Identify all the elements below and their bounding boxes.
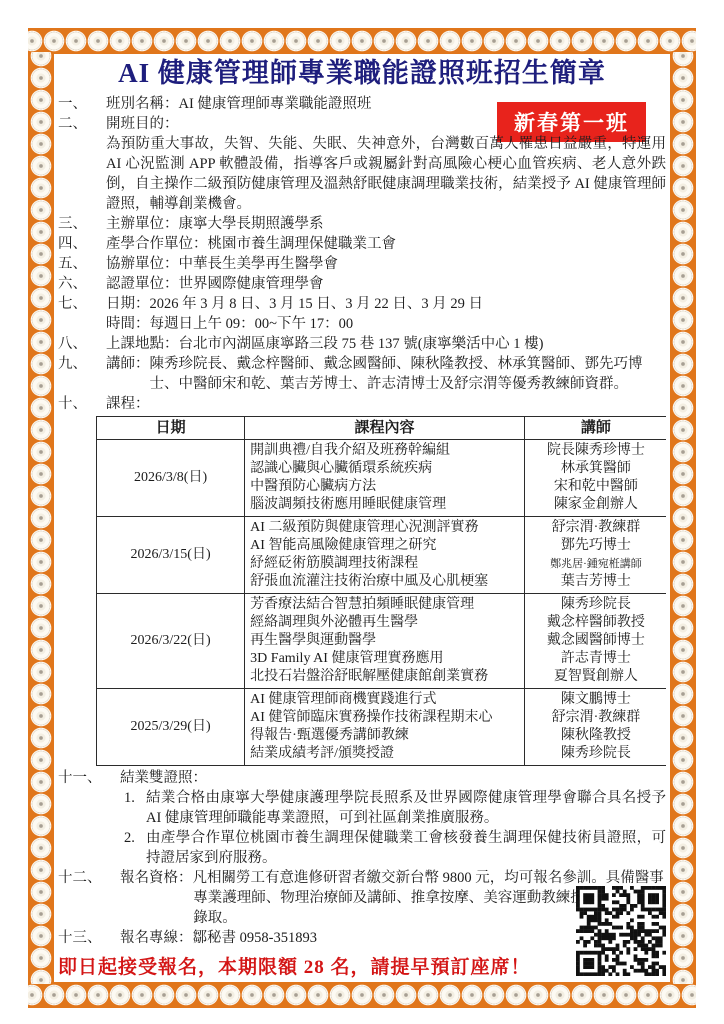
point-marker: 1. [124, 788, 146, 828]
course-row: 2026/3/8(日) 開訓典禮/自我介紹及班務幹編組認識心臟與心臟循環系統疾病… [97, 440, 667, 517]
course-row: 2025/3/29(日) AI 健康管理師商機實踐進行式AI 健管師臨床實務操作… [97, 689, 667, 766]
item-number: 十三、 [58, 928, 120, 948]
course-content: 芳香療法結合智慧拍頻睡眠健康管理經絡調理與外泌體再生醫學再生醫學與運動醫學3D … [245, 594, 525, 689]
item-text: 上課地點：台北市內湖區康寧路三段 75 巷 137 號(康寧樂活中心 1 樓) [106, 334, 666, 354]
item-text: 認證單位：世界國際健康管理學會 [106, 274, 666, 294]
course-date: 2025/3/29(日) [97, 689, 245, 766]
item-number: 二、 [58, 114, 106, 134]
purpose-paragraph: 為預防重大事故，失智、失能、失眠、失神意外，台灣數百萬人罹患日益嚴重，特運用 A… [106, 134, 666, 214]
item-number: 四、 [58, 234, 106, 254]
item-number: 十一、 [58, 768, 120, 788]
item-text: 協辦單位：中華長生美學再生醫學會 [106, 254, 666, 274]
flyer-content: AI 健康管理師專業職能證照班招生簡章 一、 班別名稱：AI 健康管理師專業職能… [58, 56, 666, 980]
course-teachers: 陳秀珍院長戴念梓醫師教授戴念國醫師博士許志青博士夏智賢創辦人 [524, 594, 666, 689]
course-row: 2026/3/22(日) 芳香療法結合智慧拍頻睡眠健康管理經絡調理與外泌體再生醫… [97, 594, 667, 689]
item-text: 結業雙證照： [120, 768, 666, 788]
item-number: 八、 [58, 334, 106, 354]
item-time: 時間：每週日上午 09：00~下午 17：00 [58, 314, 666, 334]
course-teachers: 院長陳秀珍博士林承箕醫師宋和乾中醫師陳家金創辦人 [524, 440, 666, 517]
certificate-point-1: 1. 結業合格由康寧大學健康護理學院長照系及世界國際健康管理學會聯合具名授予 A… [124, 788, 666, 828]
flower-border-right [670, 52, 696, 984]
item-number: 五、 [58, 254, 106, 274]
certificate-point-2: 2. 由產學合作單位桃園市養生調理保健職業工會核發養生調理保健技術員證照，可持證… [124, 828, 666, 868]
point-text: 結業合格由康寧大學健康護理學院長照系及世界國際健康管理學會聯合具名授予 AI 健… [146, 788, 666, 828]
flower-border-left [28, 52, 54, 984]
item-certifier: 六、 認證單位：世界國際健康管理學會 [58, 274, 666, 294]
item-dual-certificates-heading: 十一、 結業雙證照： [58, 768, 666, 788]
item-industry-partner: 四、 產學合作單位：桃園市養生調理保健職業工會 [58, 234, 666, 254]
item-class-name: 一、 班別名稱：AI 健康管理師專業職能證照班 [58, 94, 666, 114]
item-co-organizer: 五、 協辦單位：中華長生美學再生醫學會 [58, 254, 666, 274]
item-dates: 七、 日期：2026 年 3 月 8 日、3 月 15 日、3 月 22 日、3… [58, 294, 666, 314]
flower-border-bottom [28, 982, 696, 1008]
registration-cta-text: 即日起接受報名，本期限額 28 名，請提早預訂座席！ [58, 954, 666, 980]
col-header-date: 日期 [97, 417, 245, 440]
item-registration-hotline: 十三、 報名專線：鄒秘書 0958-351893 [58, 928, 666, 948]
item-text: 日期：2026 年 3 月 8 日、3 月 15 日、3 月 22 日、3 月 … [106, 294, 666, 314]
course-date: 2026/3/15(日) [97, 517, 245, 594]
course-teachers: 陳文鵬博士舒宗渭·教練群陳秋隆教授陳秀珍院長 [524, 689, 666, 766]
page-title: AI 健康管理師專業職能證照班招生簡章 [58, 56, 666, 90]
item-text: 課程： [106, 394, 666, 414]
course-content: AI 二級預防與健康管理心況測評實務AI 智能高風險健康管理之研究紓經砭術筋膜調… [245, 517, 525, 594]
course-content: AI 健康管理師商機實踐進行式AI 健管師臨床實務操作技術課程期末心得報告·甄選… [245, 689, 525, 766]
qr-code [576, 886, 666, 976]
item-text: 時間：每週日上午 09：00~下午 17：00 [106, 314, 666, 334]
point-marker: 2. [124, 828, 146, 868]
item-instructors: 九、 講師：陳秀珍院長、戴念梓醫師、戴念國醫師、陳秋隆教授、林承箕醫師、鄧先巧博… [58, 354, 666, 394]
item-text: 主辦單位：康寧大學長期照護學系 [106, 214, 666, 234]
item-number: 九、 [58, 354, 106, 394]
item-number: 七、 [58, 294, 106, 314]
course-content: 開訓典禮/自我介紹及班務幹編組認識心臟與心臟循環系統疾病中醫預防心臟病方法腦波調… [245, 440, 525, 517]
item-number: 十、 [58, 394, 106, 414]
course-date: 2026/3/8(日) [97, 440, 245, 517]
course-table-header-row: 日期 課程內容 講師 [97, 417, 667, 440]
item-organizer: 三、 主辦單位：康寧大學長期照護學系 [58, 214, 666, 234]
item-number: 一、 [58, 94, 106, 114]
course-table: 日期 課程內容 講師 2026/3/8(日) 開訓典禮/自我介紹及班務幹編組認識… [96, 416, 666, 766]
item-text: 講師：陳秀珍院長、戴念梓醫師、戴念國醫師、陳秋隆教授、林承箕醫師、鄧先巧博士、中… [106, 354, 666, 394]
col-header-teacher: 講師 [524, 417, 666, 440]
course-row: 2026/3/15(日) AI 二級預防與健康管理心況測評實務AI 智能高風險健… [97, 517, 667, 594]
item-text: 產學合作單位：桃園市養生調理保健職業工會 [106, 234, 666, 254]
item-location: 八、 上課地點：台北市內湖區康寧路三段 75 巷 137 號(康寧樂活中心 1 … [58, 334, 666, 354]
item-number-spacer [58, 314, 106, 334]
flyer-page: 新春第一班 AI 健康管理師專業職能證照班招生簡章 一、 班別名稱：AI 健康管… [0, 0, 724, 1024]
item-purpose-heading: 二、 開班目的： [58, 114, 666, 134]
flower-border-top [28, 28, 696, 54]
item-eligibility: 十二、 報名資格：凡相關勞工有意進修研習者繳交新台幣 9800 元，均可報名參訓… [58, 868, 666, 928]
item-text: 班別名稱：AI 健康管理師專業職能證照班 [106, 94, 666, 114]
certificate-points: 1. 結業合格由康寧大學健康護理學院長照系及世界國際健康管理學會聯合具名授予 A… [124, 788, 666, 868]
item-number: 十二、 [58, 868, 120, 928]
item-number: 六、 [58, 274, 106, 294]
col-header-content: 課程內容 [245, 417, 525, 440]
item-number: 三、 [58, 214, 106, 234]
item-curriculum-heading: 十、 課程： [58, 394, 666, 414]
item-text: 開班目的： [106, 114, 666, 134]
point-text: 由產學合作單位桃園市養生調理保健職業工會核發養生調理保健技術員證照，可持證居家到… [146, 828, 666, 868]
course-date: 2026/3/22(日) [97, 594, 245, 689]
course-teachers: 舒宗渭·教練群鄧先巧博士鄭兆居·鍾宛栣講師葉吉芳博士 [524, 517, 666, 594]
